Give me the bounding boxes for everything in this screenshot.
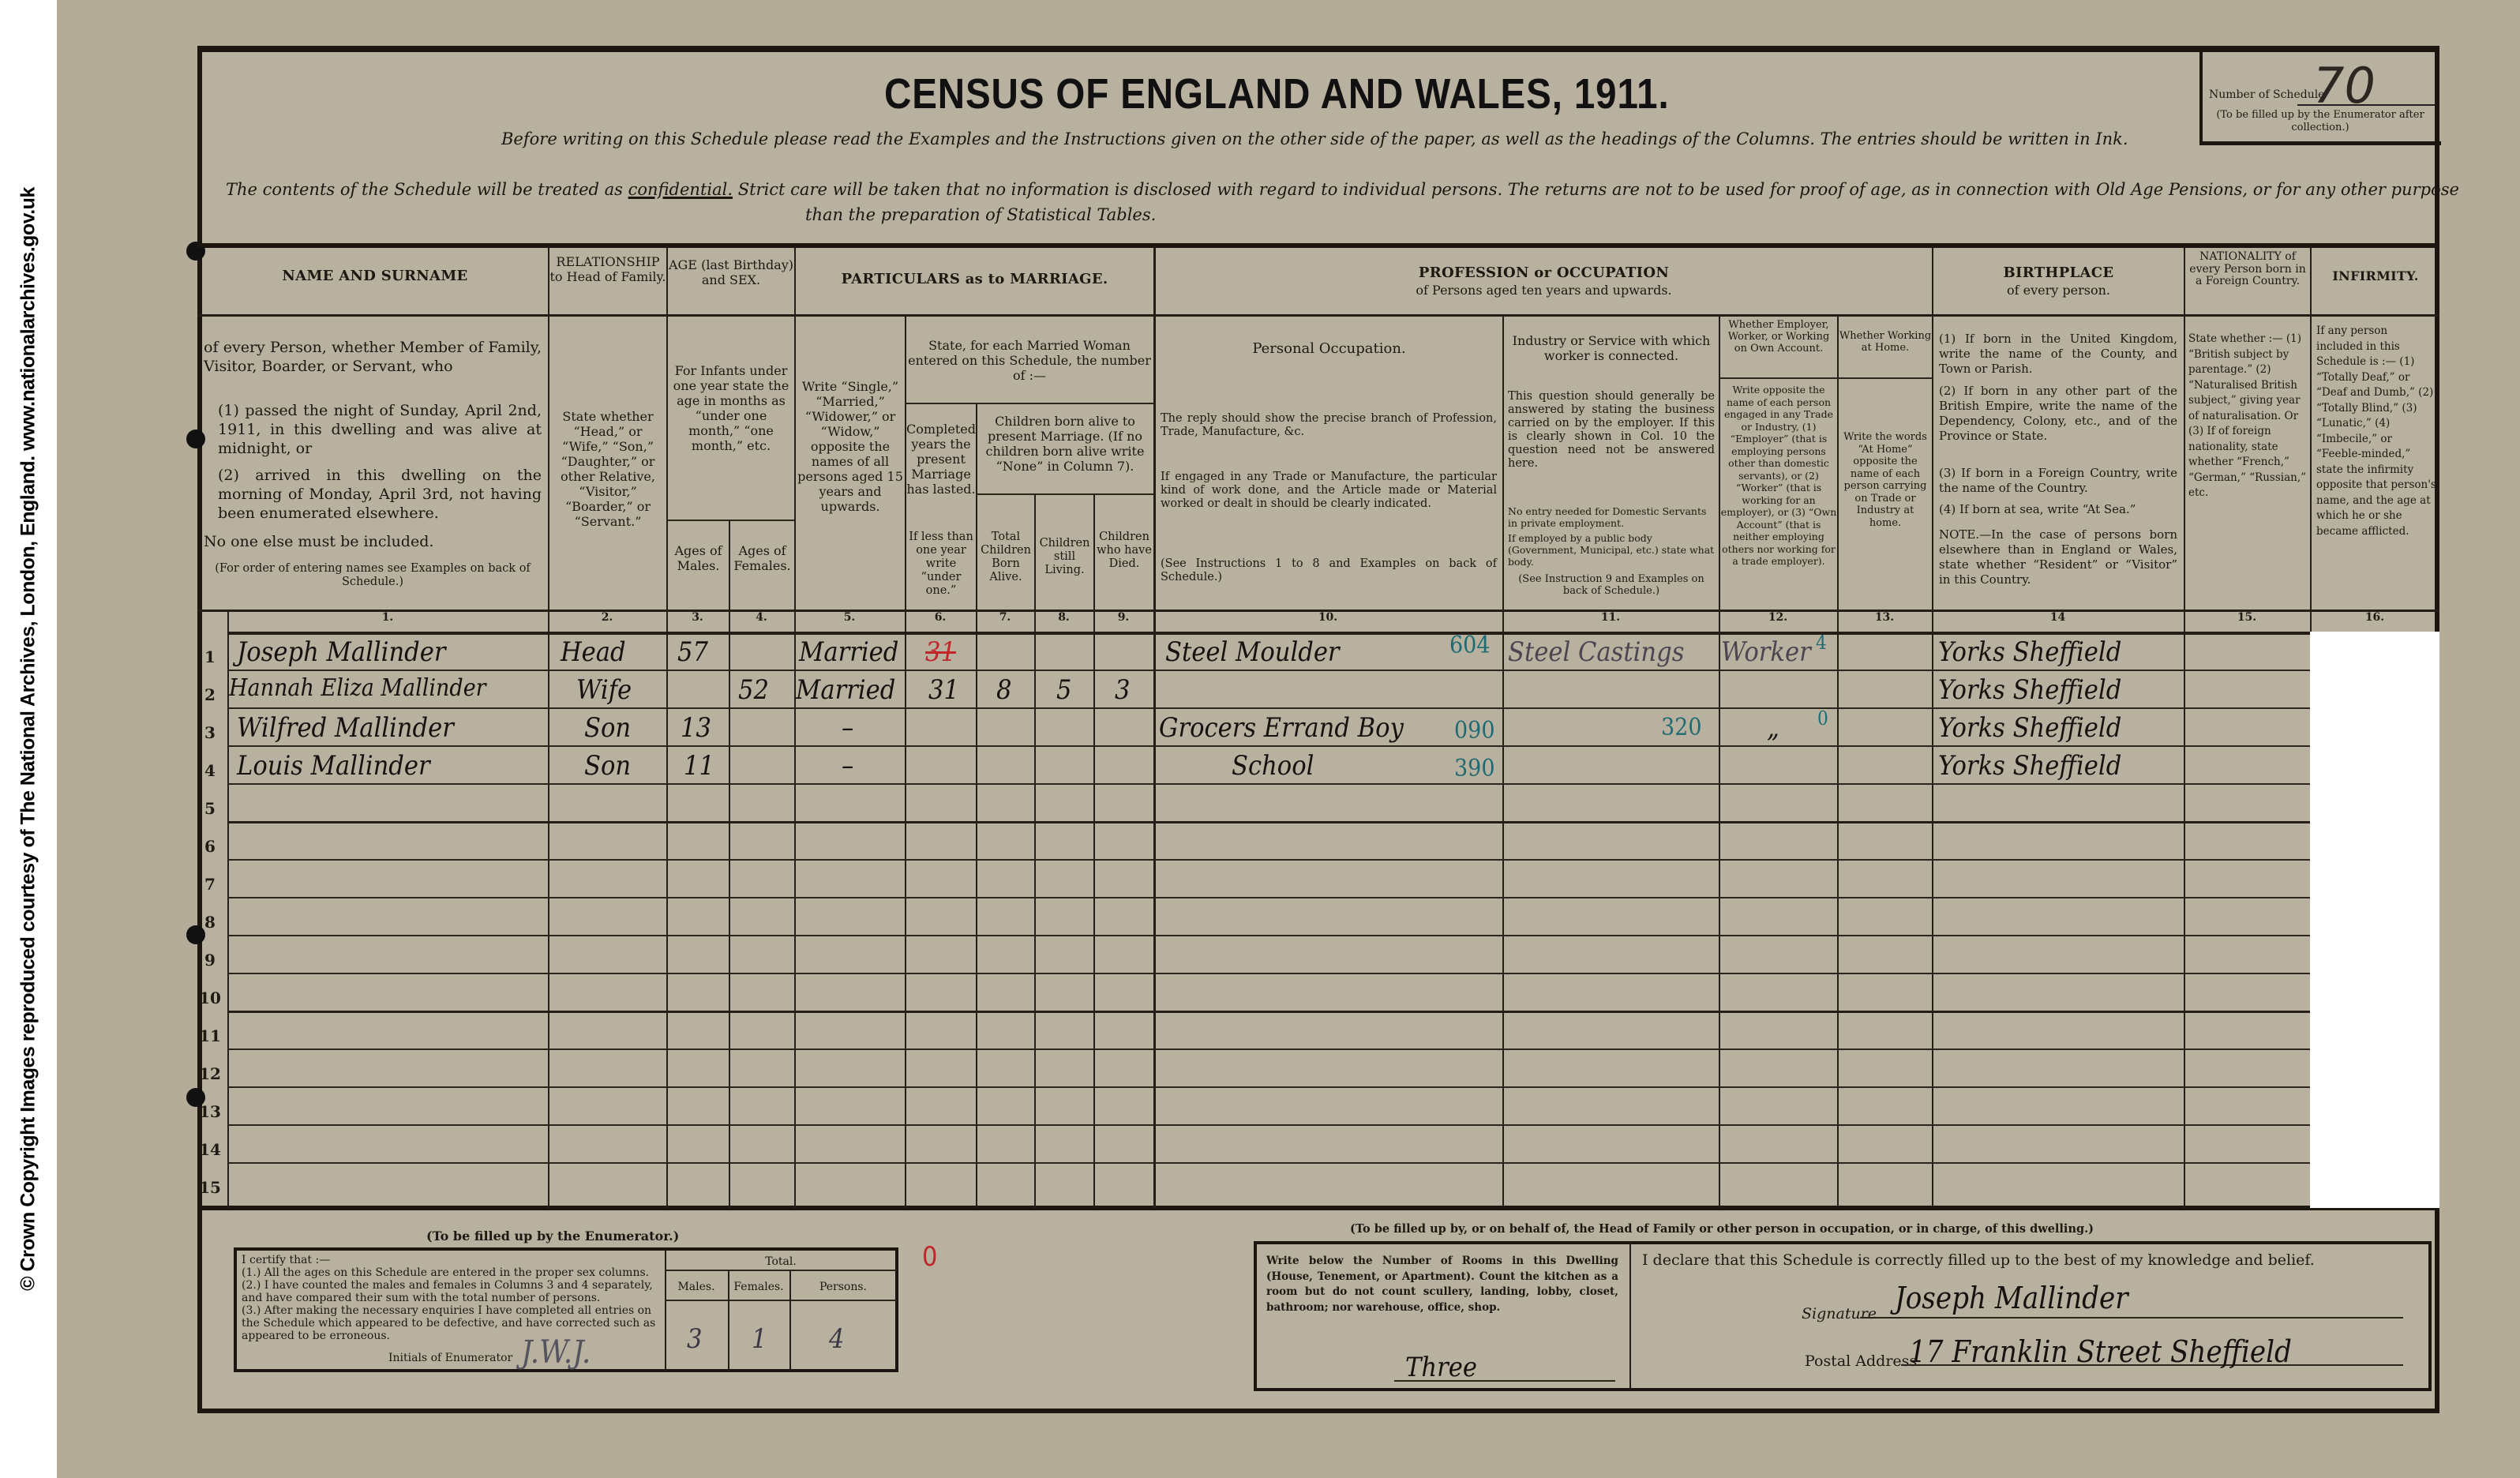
copyright-credit: © Crown Copyright Images reproduced cour… (0, 0, 57, 1478)
person-name: Hannah Eliza Mallinder (229, 674, 486, 702)
rooms-count: Three (1405, 1352, 1477, 1383)
total-males: 3 (687, 1323, 702, 1355)
total-females: 1 (752, 1323, 767, 1355)
header-infirmity: INFIRMITY. (2312, 268, 2439, 283)
intro-instruction: Before writing on this Schedule please r… (501, 129, 2128, 148)
header-age: AGE (last Birthday) and SEX. (668, 257, 794, 287)
householder-signature: Joseph Mallinder (1895, 1281, 2128, 1315)
red-check-mark: 0 (922, 1241, 937, 1273)
enumerator-caption: (To be filled up by the Enumerator.) (426, 1229, 679, 1244)
schedule-number-box: Number of Schedule 70 (To be filled up b… (2199, 49, 2441, 145)
header-relationship: RELATIONSHIP to Head of Family. (549, 254, 666, 284)
person-name: Joseph Mallinder (237, 636, 446, 668)
person-name: Wilfred Mallinder (237, 712, 454, 744)
header-name: NAME AND SURNAME (202, 268, 548, 283)
householder-caption: (To be filled up by, or on behalf of, th… (1350, 1222, 2094, 1236)
person-name: Louis Mallinder (237, 750, 430, 782)
header-birthplace: BIRTHPLACE (1933, 265, 2184, 280)
total-persons: 4 (829, 1323, 844, 1355)
postal-address: 17 Franklin Street Sheffield (1909, 1334, 2292, 1369)
confidentiality-notice: The contents of the Schedule will be tre… (226, 180, 2459, 199)
redacted-infirmity-area (2310, 632, 2439, 1208)
header-nationality: NATIONALITY of every Person born in a Fo… (2185, 251, 2310, 288)
enumerator-initials: J.W.J. (521, 1334, 591, 1371)
declaration-text: I declare that this Schedule is correctl… (1642, 1251, 2315, 1270)
confidentiality-notice-cont: than the preparation of Statistical Tabl… (805, 205, 1156, 224)
rooms-instruction: Write below the Number of Rooms in this … (1266, 1254, 1618, 1315)
header-occupation: PROFESSION or OCCUPATION (1156, 265, 1932, 280)
document-title: CENSUS OF ENGLAND AND WALES, 1911. (884, 69, 1670, 118)
header-marriage: PARTICULARS as to MARRIAGE. (796, 272, 1153, 287)
schedule-number: 70 (2313, 57, 2376, 114)
